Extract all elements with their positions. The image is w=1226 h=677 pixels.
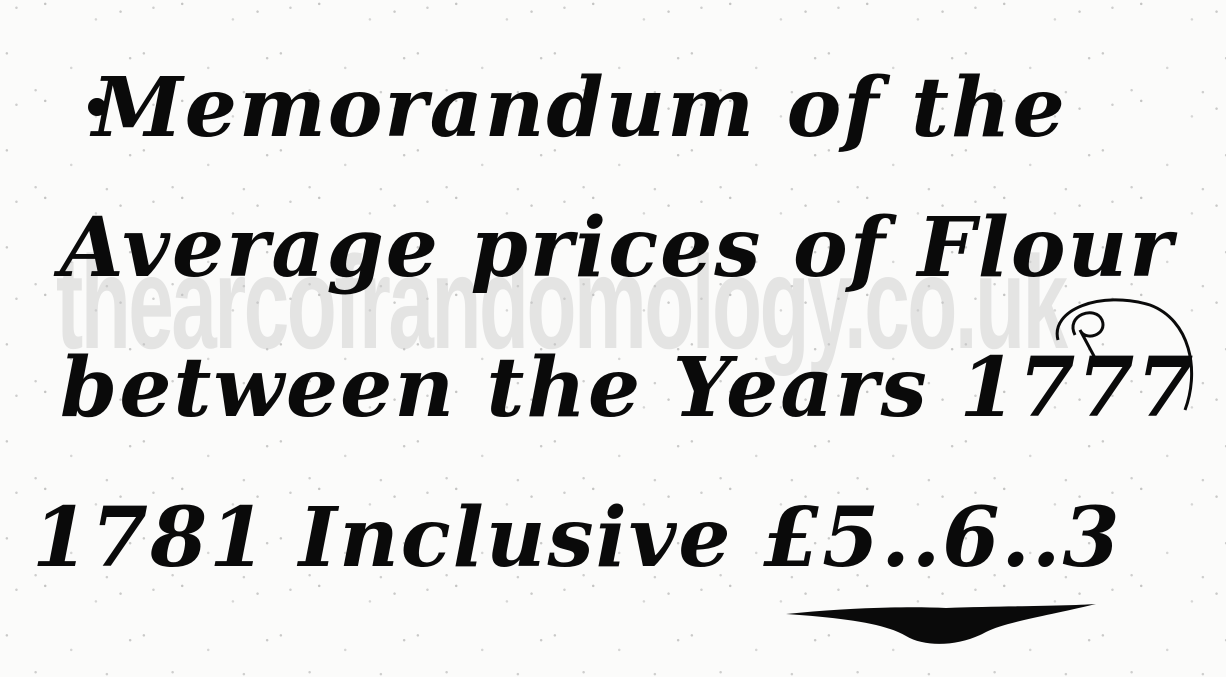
manuscript-page: thearcofrandomology.co.uk Memorandum of … xyxy=(0,0,1226,677)
line-1-title: Memorandum of the xyxy=(92,60,1067,156)
ink-underline-blot xyxy=(786,602,1096,648)
line-2: Average prices of Flour xyxy=(60,200,1174,296)
line-4-price: 1781 Inclusive £5..6..3 xyxy=(32,490,1122,586)
flourish-icon xyxy=(1040,280,1210,430)
